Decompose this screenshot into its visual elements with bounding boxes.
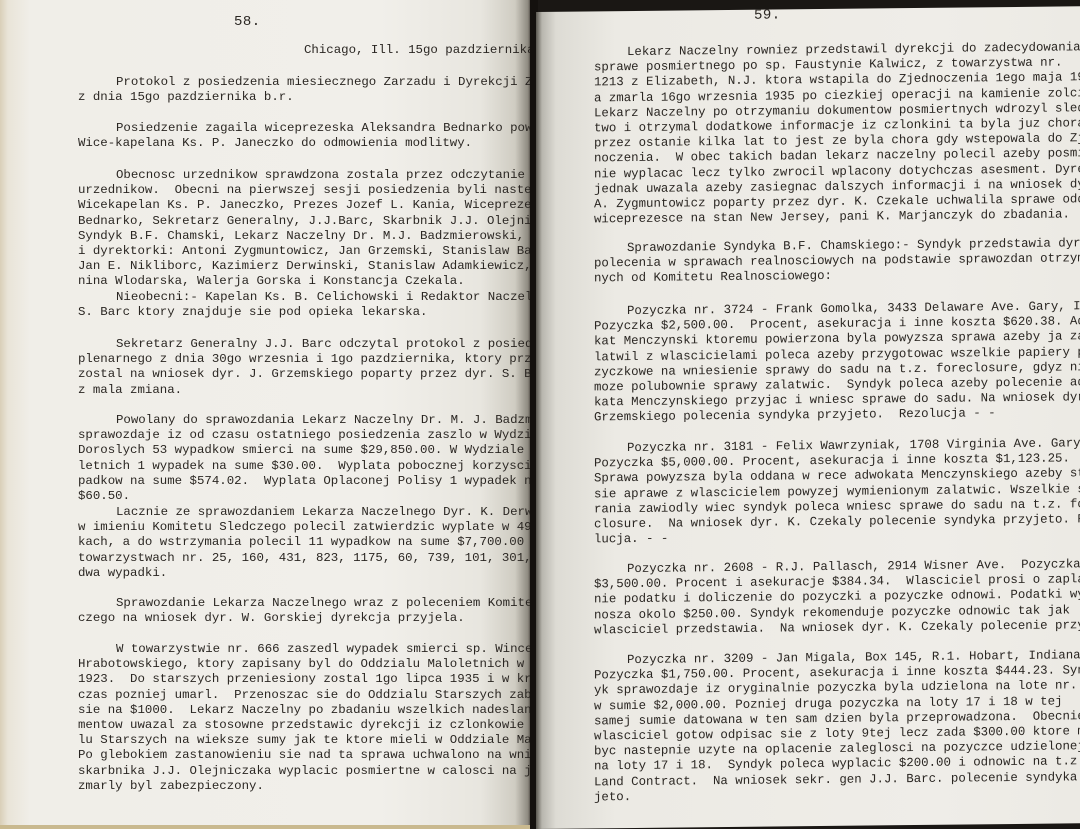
text-line: Nieobecni:- Kapelan Ks. B. Celichowski i… [78,290,532,305]
text-line: skarbnika J.J. Olejniczaka wyplacic posm… [78,764,532,779]
text-line: sie na $1000. Lekarz Naczelny po zbadani… [78,703,532,718]
text-line: czas pozniej umarl. Przenoszac sie do Od… [78,688,532,703]
text-line: padkow na sume $574.02. Wyplata Oplacone… [78,474,532,489]
book-spread: 58. Chicago, Ill. 15go pazdziernika, 1 P… [0,0,1080,829]
text-line: Obecnosc urzednikow sprawdzona zostala p… [78,168,532,183]
paragraph: W towarzystwie nr. 666 zaszedl wypadek s… [78,642,532,794]
text-line: S. Barc ktory znajduje sie pod opieka le… [78,305,532,320]
text-line: kach, a do wstrzymania polecil 11 wypadk… [78,535,532,550]
text-line: towarzystwach nr. 25, 160, 431, 823, 117… [78,551,532,566]
text-line: dwa wypadki. [78,566,532,581]
dateline: Chicago, Ill. 15go pazdziernika, 1 [304,43,532,58]
text-line: sprawozdaje iz od czasu ostatniego posie… [78,428,532,443]
paragraph: Pozyczka nr. 3724 - Frank Gomolka, 3433 … [594,299,1080,426]
text-line: 1923. Do starszych przeniesiony zostal 1… [78,672,532,687]
text-line: Protokol z posiedzenia miesiecznego Zarz… [78,75,532,90]
text-line: lu Starszych na wieksze sumy jak te ktor… [78,733,532,748]
paragraph: Lekarz Naczelny rowniez przedstawil dyre… [594,40,1080,228]
text-line: Posiedzenie zagaila wiceprezeska Aleksan… [78,121,532,136]
text-line: W towarzystwie nr. 666 zaszedl wypadek s… [78,642,532,657]
paragraph: Pozyczka nr. 3209 - Jan Migala, Box 145,… [594,648,1080,805]
text-line: $60.50. [78,489,532,504]
text-line: mentow uwazal za stosowne przedstawic dy… [78,718,532,733]
paragraph: Sekretarz Generalny J.J. Barc odczytal p… [78,337,532,398]
text-line: Syndyk B.F. Chamski, Lekarz Naczelny Dr.… [78,229,532,244]
paragraph: Posiedzenie zagaila wiceprezeska Aleksan… [78,121,532,151]
left-page: 58. Chicago, Ill. 15go pazdziernika, 1 P… [0,0,532,829]
text-line: z dnia 15go pazdziernika b.r. [78,90,532,105]
text-line: zostal na wniosek dyr. J. Grzemskiego po… [78,367,532,382]
paragraph: Sprawozdanie Lekarza Naczelnego wraz z p… [78,596,532,626]
text-line: Sekretarz Generalny J.J. Barc odczytal p… [78,337,532,352]
text-line: nina Wlodarska, Walerja Gorska i Konstan… [78,274,532,289]
paragraph: Protokol z posiedzenia miesiecznego Zarz… [78,75,532,105]
text-line: Powolany do sprawozdania Lekarz Naczelny… [78,413,532,428]
text-line: Jan E. Nikliborc, Kazimierz Derwinski, S… [78,259,532,274]
paragraph: Pozyczka nr. 3181 - Felix Wawrzyniak, 17… [594,436,1080,548]
text-line: zmarly byl zabezpieczony. [78,779,532,794]
text-line: Wice-kapelana Ks. P. Janeczko do odmowie… [78,136,532,151]
text-line: Doroslych 53 wypadkow smierci na sume $2… [78,443,532,458]
text-line: Bednarko, Sekretarz Generalny, J.J.Barc,… [78,214,532,229]
paragraph: Nieobecni:- Kapelan Ks. B. Celichowski i… [78,290,532,320]
paragraph: Sprawozdanie Syndyka B.F. Chamskiego:- S… [594,236,1080,287]
paragraph: Powolany do sprawozdania Lekarz Naczelny… [78,413,532,504]
right-page: 59. Lekarz Naczelny rowniez przedstawil … [536,6,1080,829]
text-line: urzednikow. Obecni na pierwszej sesji po… [78,183,532,198]
text-line: Lacznie ze sprawozdaniem Lekarza Naczeln… [78,505,532,520]
paragraph: Lacznie ze sprawozdaniem Lekarza Naczeln… [78,505,532,581]
text-line: plenarnego z dnia 30go wrzesnia i 1go pa… [78,352,532,367]
paragraph: Pozyczka nr. 2608 - R.J. Pallasch, 2914 … [594,557,1080,638]
left-page-body: Chicago, Ill. 15go pazdziernika, 1 Proto… [78,0,532,182]
text-line: Po glebokiem zastanowieniu sie nad ta sp… [78,748,532,763]
text-line: w imieniu Komitetu Sledczego polecil zat… [78,520,532,535]
text-line: letnich 1 wypadek na sume $30.00. Wyplat… [78,459,532,474]
text-line: i dyrektorki: Antoni Zygmuntowicz, Jan G… [78,244,532,259]
text-line: Wicekapelan Ks. P. Janeczko, Prezes Joze… [78,198,532,213]
text-line: Sprawozdanie Lekarza Naczelnego wraz z p… [78,596,532,611]
text-line: czego na wniosek dyr. W. Gorskiej dyrekc… [78,611,532,626]
text-line: Hrabotowskiego, ktory zapisany byl do Od… [78,657,532,672]
right-page-body: Lekarz Naczelny rowniez przedstawil dyre… [594,6,1074,133]
text-line: z mala zmiana. [78,383,532,398]
paragraph: Obecnosc urzednikow sprawdzona zostala p… [78,168,532,290]
